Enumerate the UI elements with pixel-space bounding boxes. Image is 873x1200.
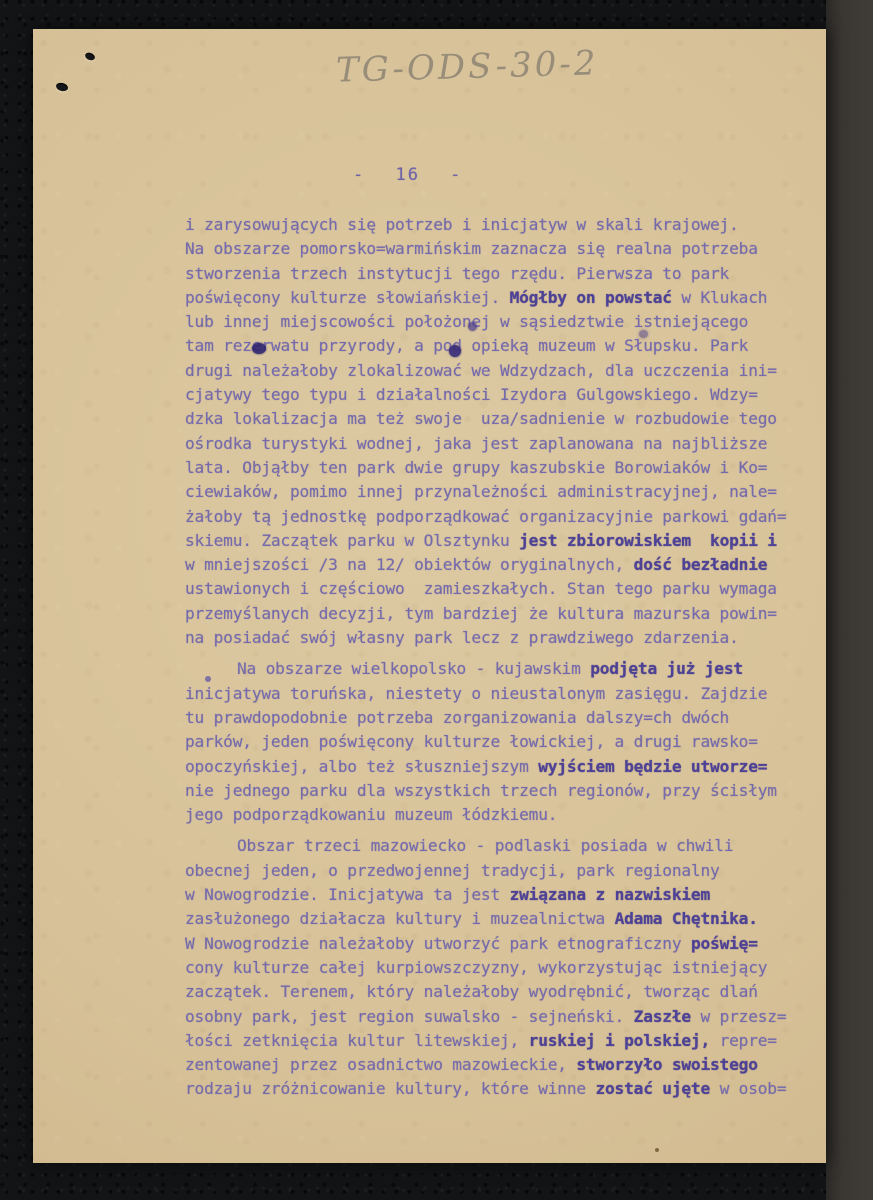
typed-text-segment: w przesz= xyxy=(691,1007,786,1026)
paragraph: Na obszarze wielkopolsko - kujawskim pod… xyxy=(185,657,845,827)
typed-line: osobny park, jest region suwalsko - sejn… xyxy=(185,1005,845,1029)
typed-line: cony kulturze całej kurpiowszczyzny, wyk… xyxy=(185,956,845,980)
typed-line: W Nowogrodzie należałoby utworzyć park e… xyxy=(185,932,845,956)
typed-text-segment: zaczątek. Terenem, który należałoby wyod… xyxy=(185,982,758,1001)
typed-text-segment: w osob= xyxy=(710,1079,786,1098)
typed-text-segment: przemyślanych decyzji, tym bardziej że k… xyxy=(185,604,777,623)
typed-line: żałoby tą jednostkę podporządkować organ… xyxy=(185,505,845,529)
typed-text-segment: Na obszarze pomorsko=warmińskim zaznacza… xyxy=(185,239,758,258)
typed-text-segment: skiemu. Zaczątek parku w Olsztynku xyxy=(185,531,519,550)
typed-text-segment: ciewiaków, pomimo innej przynależności a… xyxy=(185,482,777,501)
typed-line: przemyślanych decyzji, tym bardziej że k… xyxy=(185,602,845,626)
typed-line: Na obszarze wielkopolsko - kujawskim pod… xyxy=(185,657,845,681)
typed-text-bold-segment: Zaszłe xyxy=(634,1007,691,1026)
typed-line: zaczątek. Terenem, który należałoby wyod… xyxy=(185,980,845,1004)
typed-line: ciewiaków, pomimo innej przynależności a… xyxy=(185,480,845,504)
paragraph: Obszar trzeci mazowiecko - podlaski posi… xyxy=(185,834,845,1101)
staple-hole xyxy=(55,82,69,93)
typed-text-segment: w Nowogrodzie. Inicjatywa ta jest xyxy=(185,885,510,904)
ink-blot xyxy=(639,330,648,338)
typed-text-segment: W Nowogrodzie należałoby utworzyć park e… xyxy=(185,934,691,953)
typed-line: obecnej jeden, o przedwojennej tradycji,… xyxy=(185,859,845,883)
typed-text-bold-segment: ruskiej i polskiej, xyxy=(529,1031,710,1050)
typed-text-segment: zentowanej przez osadnictwo mazowieckie, xyxy=(185,1055,576,1074)
typed-text-bold-segment: poświę= xyxy=(691,934,758,953)
typed-text-segment: rodzaju zróżnicowanie kultury, które win… xyxy=(185,1079,595,1098)
typed-line: opoczyńskiej, albo też słuszniejszym wyj… xyxy=(185,755,845,779)
page-number: - 16 - xyxy=(353,165,462,185)
typed-text-segment: zasłużonego działacza kultury i muzealni… xyxy=(185,909,615,928)
typed-line: tu prawdopodobnie potrzeba zorganizowani… xyxy=(185,706,845,730)
typed-text-bold-segment: Adama Chętnika. xyxy=(615,909,758,928)
ink-blot xyxy=(252,343,266,354)
typed-text-bold-segment: wyjściem będzie utworze= xyxy=(538,757,767,776)
scan-background: TG-ODS-30-2 - 16 - i zarysowujących się … xyxy=(0,0,873,1200)
typed-text-segment: jego podporządkowaniu muzeum łódzkiemu. xyxy=(185,805,557,824)
typed-line: w mniejszości /3 na 12/ obiektów orygina… xyxy=(185,553,845,577)
ink-blot xyxy=(205,676,211,682)
typed-text-segment: i zarysowujących się potrzeb i inicjatyw… xyxy=(185,215,739,234)
typed-text-segment: żałoby tą jednostkę podporządkować organ… xyxy=(185,507,786,526)
typed-line: inicjatywa toruńska, niestety o nieustal… xyxy=(185,682,845,706)
typed-text-segment: parków, jeden poświęcony kulturze łowick… xyxy=(185,732,758,751)
typed-text-segment: lub innej miejscowości położonej w sąsie… xyxy=(185,312,748,331)
typed-line: Obszar trzeci mazowiecko - podlaski posi… xyxy=(185,834,845,858)
typed-text-segment: ustawionych i częściowo zamieszkałych. S… xyxy=(185,579,777,598)
typed-text-segment: cony kulturze całej kurpiowszczyzny, wyk… xyxy=(185,958,767,977)
typed-line: jego podporządkowaniu muzeum łódzkiemu. xyxy=(185,803,845,827)
typed-line: cjatywy tego typu i działalności Izydora… xyxy=(185,383,845,407)
typed-line: lata. Objąłby ten park dwie grupy kaszub… xyxy=(185,456,845,480)
typed-text-segment: tam rezerwatu przyrody, a pod opieką muz… xyxy=(185,336,748,355)
typed-text-segment: Na obszarze wielkopolsko - kujawskim xyxy=(237,659,590,678)
typed-line: w Nowogrodzie. Inicjatywa ta jest związa… xyxy=(185,883,845,907)
typed-line: parków, jeden poświęcony kulturze łowick… xyxy=(185,730,845,754)
typed-text-segment: w Klukach xyxy=(672,288,767,307)
paragraph: i zarysowujących się potrzeb i inicjatyw… xyxy=(185,213,845,650)
typed-text-segment: drugi należałoby zlokalizować we Wdzydza… xyxy=(185,361,777,380)
typed-text-segment: repre= xyxy=(710,1031,777,1050)
typed-line: na posiadać swój własny park lecz z praw… xyxy=(185,626,845,650)
typed-line: skiemu. Zaczątek parku w Olsztynku jest … xyxy=(185,529,845,553)
ink-blot xyxy=(655,1148,659,1152)
archive-code-handwritten: TG-ODS-30-2 xyxy=(335,43,599,90)
ink-blot xyxy=(449,345,461,357)
typed-text-bold-segment: związana z nazwiskiem xyxy=(510,885,710,904)
typed-line: poświęcony kulturze słowiańskiej. Mógłby… xyxy=(185,286,845,310)
typed-text-bold-segment: stworzyło swoistego xyxy=(576,1055,757,1074)
typed-line: rodzaju zróżnicowanie kultury, które win… xyxy=(185,1077,845,1101)
typed-text-segment: ośrodka turystyki wodnej, jaka jest zapl… xyxy=(185,434,767,453)
typed-line: stworzenia trzech instytucji tego rzędu.… xyxy=(185,262,845,286)
typed-line: zasłużonego działacza kultury i muzealni… xyxy=(185,907,845,931)
typed-text-bold-segment: Mógłby on powstać xyxy=(510,288,672,307)
typed-line: dzka lokalizacja ma też swoje uza/sadnie… xyxy=(185,407,845,431)
typed-text-segment: stworzenia trzech instytucji tego rzędu.… xyxy=(185,264,729,283)
typed-text-segment: lata. Objąłby ten park dwie grupy kaszub… xyxy=(185,458,767,477)
typed-text-segment: dzka lokalizacja ma też swoje uza/sadnie… xyxy=(185,409,777,428)
typed-text-bold-segment: dość bezładnie xyxy=(634,555,768,574)
typed-line: łości zetknięcia kultur litewskiej, rusk… xyxy=(185,1029,845,1053)
typed-text-segment: opoczyńskiej, albo też słuszniejszym xyxy=(185,757,538,776)
typed-text: i zarysowujących się potrzeb i inicjatyw… xyxy=(185,213,845,1102)
staple-hole xyxy=(84,51,96,61)
typed-line: Na obszarze pomorsko=warmińskim zaznacza… xyxy=(185,237,845,261)
typed-text-bold-segment: podjęta już jest xyxy=(590,659,743,678)
typed-line: i zarysowujących się potrzeb i inicjatyw… xyxy=(185,213,845,237)
typed-line: ustawionych i częściowo zamieszkałych. S… xyxy=(185,577,845,601)
typed-line: nie jednego parku dla wszystkich trzech … xyxy=(185,779,845,803)
document-page: TG-ODS-30-2 - 16 - i zarysowujących się … xyxy=(33,29,826,1163)
typed-text-segment: inicjatywa toruńska, niestety o nieustal… xyxy=(185,684,767,703)
typed-text-bold-segment: zostać ujęte xyxy=(595,1079,710,1098)
typed-text-segment: poświęcony kulturze słowiańskiej. xyxy=(185,288,510,307)
typed-text-segment: cjatywy tego typu i działalności Izydora… xyxy=(185,385,758,404)
typed-line: tam rezerwatu przyrody, a pod opieką muz… xyxy=(185,334,845,358)
typed-line: zentowanej przez osadnictwo mazowieckie,… xyxy=(185,1053,845,1077)
typed-text-segment: w mniejszości /3 na 12/ obiektów orygina… xyxy=(185,555,634,574)
typed-text-segment: na posiadać swój własny park lecz z praw… xyxy=(185,628,739,647)
typed-text-bold-segment: jest zbiorowiskiem kopii i xyxy=(519,531,777,550)
typed-text-segment: tu prawdopodobnie potrzeba zorganizowani… xyxy=(185,708,729,727)
typed-line: ośrodka turystyki wodnej, jaka jest zapl… xyxy=(185,432,845,456)
typed-text-segment: obecnej jeden, o przedwojennej tradycji,… xyxy=(185,861,720,880)
typed-line: drugi należałoby zlokalizować we Wdzydza… xyxy=(185,359,845,383)
typed-text-segment: Obszar trzeci mazowiecko - podlaski posi… xyxy=(237,836,733,855)
typed-line: lub innej miejscowości położonej w sąsie… xyxy=(185,310,845,334)
typed-text-segment: łości zetknięcia kultur litewskiej, xyxy=(185,1031,529,1050)
typed-text-segment: osobny park, jest region suwalsko - sejn… xyxy=(185,1007,634,1026)
ink-blot xyxy=(468,322,477,331)
typed-text-segment: nie jednego parku dla wszystkich trzech … xyxy=(185,781,777,800)
